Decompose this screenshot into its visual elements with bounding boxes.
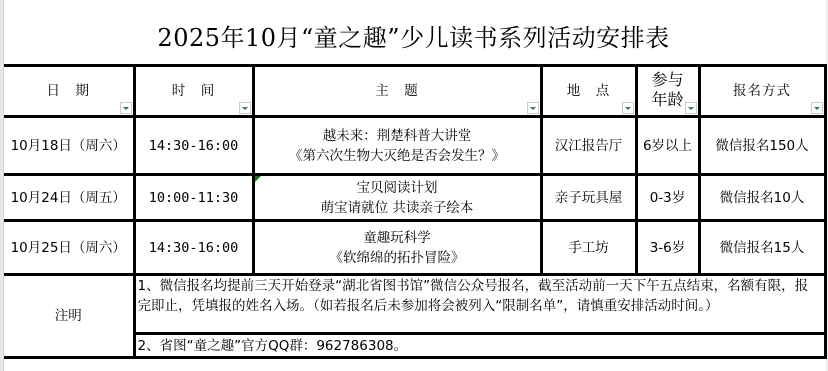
table-row: 10月18日（周六） 14:30-16:00 越未来：荆楚科普大讲堂 《第六次生…	[4, 117, 825, 175]
filter-dropdown-icon[interactable]	[239, 102, 251, 114]
table-row: 10月25日（周六） 14:30-16:00 童趣玩科学 《软绵绵的拓扑冒险》 …	[4, 221, 825, 275]
cell-location[interactable]: 汉江报告厅	[541, 117, 636, 175]
header-row: 日 期 时 间 主 题 地 点 参与 年龄 报名方式	[4, 66, 825, 117]
cell-location[interactable]: 手工坊	[541, 221, 636, 275]
header-age[interactable]: 参与 年龄	[636, 66, 699, 117]
header-age-label-line1: 参与	[638, 70, 698, 90]
theme-line1: 童趣玩科学	[255, 228, 540, 248]
theme-line1: 越未来：荆楚科普大讲堂	[255, 126, 540, 146]
cell-signup[interactable]: 微信报名15人	[699, 221, 825, 275]
header-location[interactable]: 地 点	[541, 66, 636, 117]
filter-dropdown-icon[interactable]	[622, 102, 634, 114]
theme-line2: 《第六次生物大灭绝是否会发生？》	[255, 146, 540, 166]
notes-row: 注明 1、微信报名均提前三天开始登录“湖北省图书馆”微信公众号报名，截至活动前一…	[4, 275, 825, 334]
cell-theme[interactable]: 童趣玩科学 《软绵绵的拓扑冒险》	[253, 221, 541, 275]
cell-age[interactable]: 6岁以上	[636, 117, 699, 175]
header-time[interactable]: 时 间	[134, 66, 253, 117]
notes-label[interactable]: 注明	[4, 275, 134, 358]
cell-date[interactable]: 10月25日（周六）	[4, 221, 134, 275]
cell-date[interactable]: 10月18日（周六）	[4, 117, 134, 175]
cell-time[interactable]: 14:30-16:00	[134, 117, 253, 175]
filter-dropdown-icon[interactable]	[685, 102, 697, 114]
cell-theme[interactable]: 越未来：荆楚科普大讲堂 《第六次生物大灭绝是否会发生？》	[253, 117, 541, 175]
filter-dropdown-icon[interactable]	[811, 102, 823, 114]
header-location-label: 地 点	[567, 83, 611, 99]
filter-dropdown-icon[interactable]	[527, 102, 539, 114]
cell-signup[interactable]: 微信报名10人	[699, 175, 825, 221]
theme-line2: 萌宝请就位 共读亲子绘本	[255, 198, 540, 218]
header-theme[interactable]: 主 题	[253, 66, 541, 117]
cell-location[interactable]: 亲子玩具屋	[541, 175, 636, 221]
theme-line1: 宝贝阅读计划	[255, 178, 540, 198]
schedule-table: 日 期 时 间 主 题 地 点 参与 年龄 报名方式 10月18日（周六） 14…	[4, 64, 827, 359]
cell-date[interactable]: 10月24日（周五）	[4, 175, 134, 221]
cell-signup[interactable]: 微信报名150人	[699, 117, 825, 175]
header-date[interactable]: 日 期	[4, 66, 134, 117]
header-theme-label: 主 题	[375, 83, 419, 99]
cell-time[interactable]: 10:00-11:30	[134, 175, 253, 221]
header-time-label: 时 间	[172, 83, 216, 99]
note-item-2[interactable]: 2、省图“童之趣”官方QQ群：962786308。	[134, 334, 825, 358]
header-date-label: 日 期	[47, 83, 91, 99]
cell-age[interactable]: 3-6岁	[636, 221, 699, 275]
cell-age[interactable]: 0-3岁	[636, 175, 699, 221]
header-signup-label: 报名方式	[733, 83, 791, 99]
note-item-1[interactable]: 1、微信报名均提前三天开始登录“湖北省图书馆”微信公众号报名，截至活动前一天下午…	[134, 275, 825, 334]
cell-time[interactable]: 14:30-16:00	[134, 221, 253, 275]
note-item-1-text: 1、微信报名均提前三天开始登录“湖北省图书馆”微信公众号报名，截至活动前一天下午…	[138, 276, 820, 332]
header-signup[interactable]: 报名方式	[699, 66, 825, 117]
sheet-title: 2025年10月“童之趣”少儿读书系列活动安排表	[4, 0, 823, 65]
table-row: 10月24日（周五） 10:00-11:30 宝贝阅读计划 萌宝请就位 共读亲子…	[4, 175, 825, 221]
filter-dropdown-icon[interactable]	[120, 102, 132, 114]
theme-line2: 《软绵绵的拓扑冒险》	[255, 248, 540, 268]
cell-theme[interactable]: 宝贝阅读计划 萌宝请就位 共读亲子绘本	[253, 175, 541, 221]
comment-indicator-icon[interactable]	[255, 176, 261, 182]
